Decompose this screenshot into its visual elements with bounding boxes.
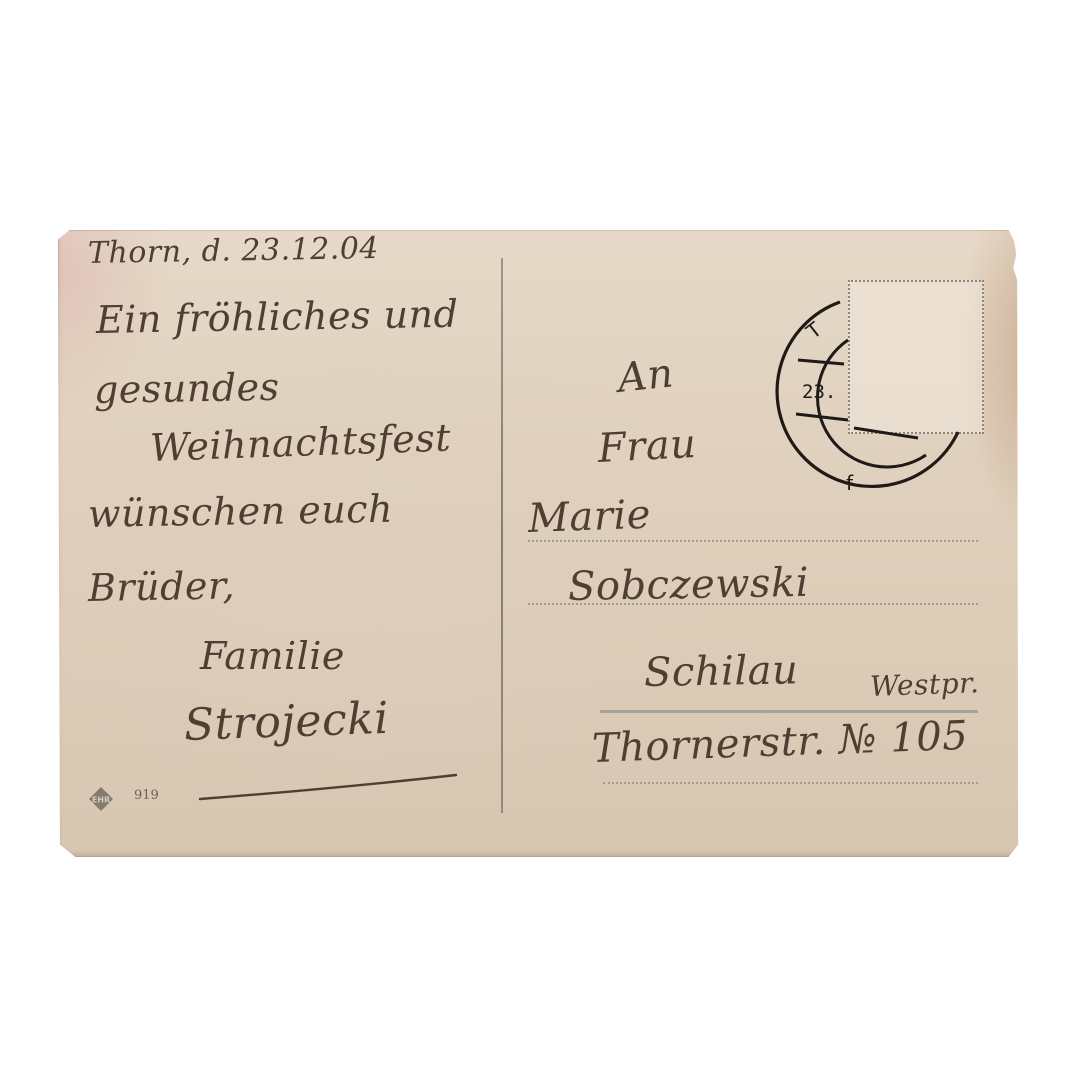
address-region: Westpr. [869, 666, 979, 703]
ehr-diamond-logo-icon: EHR [88, 786, 114, 812]
address-rule [528, 603, 978, 605]
svg-text:EHR: EHR [92, 796, 110, 805]
postmark-icon: T 23. f [758, 292, 968, 502]
address-city: Schilau [644, 647, 799, 696]
message-signature: Strojecki [183, 693, 390, 751]
svg-text:T: T [801, 317, 827, 345]
message-line: gesundes [94, 365, 280, 412]
address-first-name: Marie [527, 492, 651, 542]
address-rule [528, 540, 978, 542]
address-salutation: An [616, 350, 676, 402]
message-line: Weihnachtsfest [149, 416, 451, 470]
svg-text:f: f [846, 471, 854, 495]
message-closing: Familie [200, 634, 345, 678]
message-line: Ein fröhliches und [96, 292, 459, 342]
message-line: Brüder, [88, 563, 236, 610]
center-divider [501, 258, 503, 813]
postcard: Thorn, d. 23.12.04 Ein fröhliches und ge… [58, 230, 1022, 857]
publisher-number: 919 [134, 788, 159, 803]
message-line: wünschen euch [88, 487, 394, 536]
address-street: Thornerstr. № 105 [591, 713, 969, 772]
address-rule [603, 782, 978, 784]
svg-text:23.: 23. [802, 381, 836, 403]
address-salutation-title: Frau [597, 421, 698, 472]
message-dateline: Thorn, d. 23.12.04 [88, 231, 380, 271]
photo-background: Thorn, d. 23.12.04 Ein fröhliches und ge… [0, 0, 1080, 1080]
address-rule-underlined [600, 710, 978, 713]
signature-underline [198, 773, 458, 803]
